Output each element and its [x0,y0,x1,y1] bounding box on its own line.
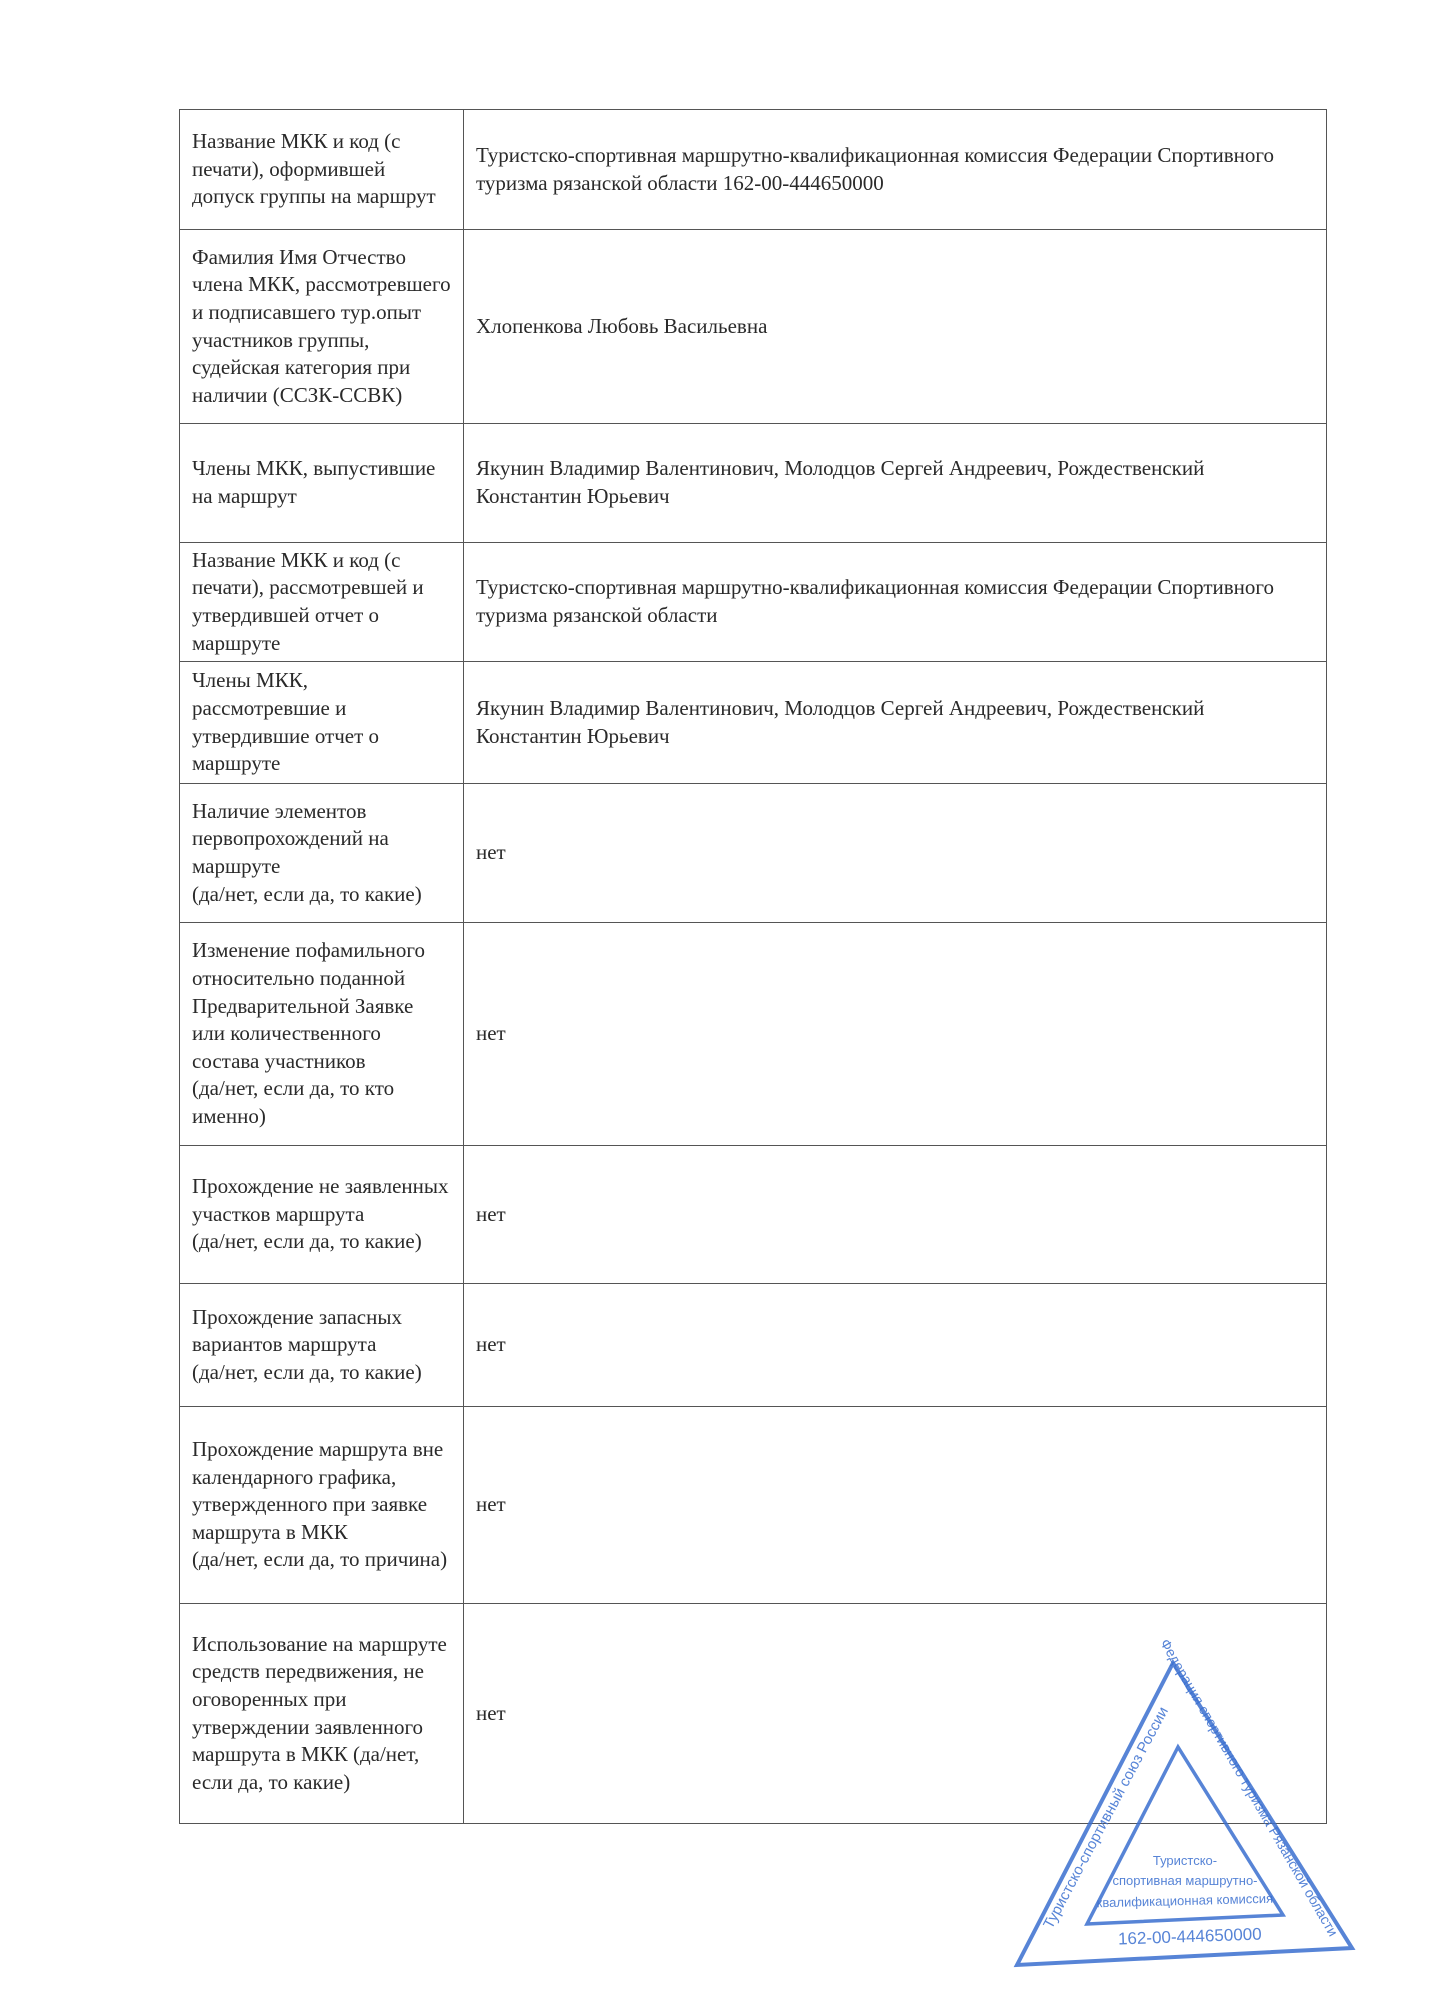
row-value: Туристско-спортивная маршрутно-квалифика… [464,543,1327,662]
row-label: Члены МКК, рассмотревшие и утвердившие о… [180,662,464,784]
row-label: Фамилия Имя Отчество члена МКК, рассмотр… [180,230,464,424]
table-row: Название МКК и код (с печати), оформивше… [180,110,1327,230]
row-label: Наличие элементов первопрохождений на ма… [180,784,464,923]
table-row: Члены МКК, рассмотревшие и утвердившие о… [180,662,1327,784]
row-label: Изменение пофамильного относительно пода… [180,923,464,1146]
row-value: Якунин Владимир Валентинович, Молодцов С… [464,424,1327,543]
table-row: Наличие элементов первопрохождений на ма… [180,784,1327,923]
table-row: Использование на маршруте средств передв… [180,1604,1327,1824]
row-label: Использование на маршруте средств передв… [180,1604,464,1824]
table-row: Изменение пофамильного относительно пода… [180,923,1327,1146]
report-table: Название МКК и код (с печати), оформивше… [179,109,1327,1824]
row-value: нет [464,1604,1327,1824]
svg-text:квалификационная комиссия: квалификационная комиссия [1096,1891,1273,1911]
row-label: Члены МКК, выпустившие на маршрут [180,424,464,543]
row-label: Прохождение не заявленных участков маршр… [180,1146,464,1284]
table-row: Название МКК и код (с печати), рассмотре… [180,543,1327,662]
row-value: Туристско-спортивная маршрутно-квалифика… [464,110,1327,230]
table-row: Члены МКК, выпустившие на маршрутЯкунин … [180,424,1327,543]
row-value: Хлопенкова Любовь Васильевна [464,230,1327,424]
table-row: Прохождение не заявленных участков маршр… [180,1146,1327,1284]
svg-text:162-00-444650000: 162-00-444650000 [1118,1925,1262,1949]
row-value: Якунин Владимир Валентинович, Молодцов С… [464,662,1327,784]
row-value: нет [464,1284,1327,1407]
row-label: Название МКК и код (с печати), рассмотре… [180,543,464,662]
row-value: нет [464,1407,1327,1604]
row-value: нет [464,1146,1327,1284]
table-row: Прохождение запасных вариантов маршрута … [180,1284,1327,1407]
table-row: Фамилия Имя Отчество члена МКК, рассмотр… [180,230,1327,424]
svg-text:Туристско-: Туристско- [1153,1853,1217,1868]
row-value: нет [464,784,1327,923]
table-row: Прохождение маршрута вне календарного гр… [180,1407,1327,1604]
row-label: Прохождение маршрута вне календарного гр… [180,1407,464,1604]
row-value: нет [464,923,1327,1146]
row-label: Прохождение запасных вариантов маршрута … [180,1284,464,1407]
row-label: Название МКК и код (с печати), оформивше… [180,110,464,230]
svg-text:спортивная маршрутно-: спортивная маршрутно- [1113,1873,1258,1888]
